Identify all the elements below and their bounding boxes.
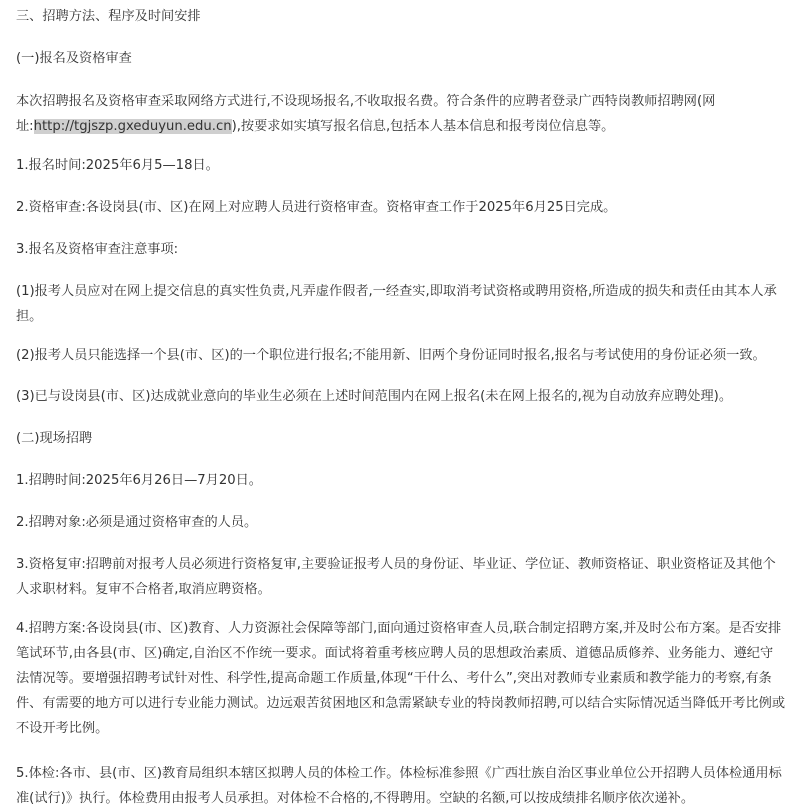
part1-heading: (一)报名及资格审查 [16,46,786,71]
part2-item-recruitment-plan: 4.招聘方案:各设岗县(市、区)教育、人力资源社会保障等部门,面向通过资格审查人… [16,616,786,741]
registration-site-link[interactable]: http://tgjszp.gxeduyun.edu.cn [34,119,232,134]
article-body: 三、招聘方法、程序及时间安排 (一)报名及资格审查 本次招聘报名及资格审查采取网… [0,0,800,807]
part1-note-3: (3)已与设岗县(市、区)达成就业意向的毕业生必须在上述时间范围内在网上报名(未… [16,384,786,409]
part2-item-requalification: 3.资格复审:招聘前对报考人员必须进行资格复审,主要验证报考人员的身份证、毕业证… [16,552,786,602]
section-title: 三、招聘方法、程序及时间安排 [16,4,786,29]
intro-text-after-link: ),按要求如实填写报名信息,包括本人基本信息和报考岗位信息等。 [232,119,615,134]
part2-item-physical-exam: 5.体检:各市、县(市、区)教育局组织本辖区拟聘人员的体检工作。体检标准参照《广… [16,761,786,807]
part1-item-notes-heading: 3.报名及资格审查注意事项: [16,237,786,262]
part2-heading: (二)现场招聘 [16,426,786,451]
part1-note-1: (1)报考人员应对在网上提交信息的真实性负责,凡弄虚作假者,一经查实,即取消考试… [16,279,786,329]
part2-item-recruitment-time: 1.招聘时间:2025年6月26日—7月20日。 [16,468,786,493]
part2-item-recruitment-target: 2.招聘对象:必须是通过资格审查的人员。 [16,510,786,535]
part1-intro-paragraph: 本次招聘报名及资格审查采取网络方式进行,不设现场报名,不收取报名费。符合条件的应… [16,89,786,139]
part1-note-2: (2)报考人员只能选择一个县(市、区)的一个职位进行报名;不能用新、旧两个身份证… [16,343,786,368]
part1-item-qualification-review: 2.资格审查:各设岗县(市、区)在网上对应聘人员进行资格审查。资格审查工作于20… [16,195,786,220]
part1-item-registration-time: 1.报名时间:2025年6月5—18日。 [16,153,786,178]
